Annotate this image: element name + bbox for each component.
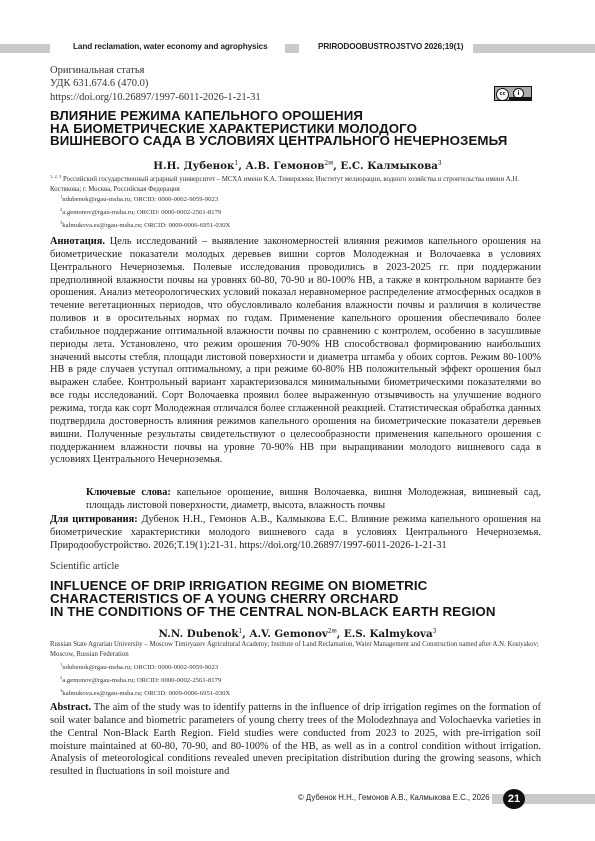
contacts-ru: 1ndubenok@rgau-msha.ru; ORCID: 0000-0002… (60, 192, 230, 232)
author-sup: 1 (238, 628, 242, 635)
contact-text: ndubenok@rgau-msha.ru; ORCID: 0000-0002-… (62, 196, 218, 203)
cc-by-icon[interactable]: cc i (494, 86, 532, 101)
doi-link[interactable]: https://doi.org/10.26897/1997-6011-2026-… (50, 91, 261, 104)
author-sup: 1 (234, 160, 238, 167)
contact-line[interactable]: 3kalmukova.es@rgau-msha.ru; ORCID: 0009-… (60, 686, 230, 699)
author-name: Н.Н. Дубенок (153, 160, 234, 172)
abstract-ru: Аннотация. Цель исследований – выявление… (50, 236, 541, 467)
article-type-en: Scientific article (50, 561, 119, 572)
citation-ru: Для цитирования: Дубенок Н.Н., Гемонов А… (50, 514, 541, 553)
header-bar-left (0, 44, 50, 53)
author-sup-envelope-icon: 2✉ (324, 160, 333, 167)
title-en-line: IN THE CONDITIONS OF THE CENTRAL NON-BLA… (50, 606, 496, 619)
keywords-label: Ключевые слова: (86, 487, 171, 498)
author-name: Е.С. Калмыкова (340, 160, 438, 172)
header-journal: PRIRODOOBUSTROJSTVO 2026;19(1) (318, 42, 463, 51)
contact-line[interactable]: 2a.gemonov@rgau-msha.ru; ORCID: 0000-000… (60, 205, 230, 218)
keywords-ru: Ключевые слова: капельное орошение, вишн… (86, 487, 541, 513)
authors-ru: Н.Н. Дубенок1, А.В. Гемонов2✉, Е.С. Калм… (0, 160, 595, 172)
abstract-label: Abstract. (50, 702, 91, 713)
contact-line[interactable]: 2a.gemonov@rgau-msha.ru; ORCID: 0000-000… (60, 673, 230, 686)
contacts-en: 1ndubenok@rgau-msha.ru; ORCID: 0000-0002… (60, 660, 230, 700)
contact-text: ndubenok@rgau-msha.ru; ORCID: 0000-0002-… (62, 664, 218, 671)
author-name: N.N. Dubenok (159, 628, 239, 640)
abstract-en: Abstract. The aim of the study was to id… (50, 702, 541, 779)
affiliation-text: Российский государственный аграрный унив… (50, 176, 519, 193)
header-bar-right (473, 44, 595, 53)
header-section-title: Land reclamation, water economy and agro… (73, 42, 268, 51)
title-ru: ВЛИЯНИЕ РЕЖИМА КАПЕЛЬНОГО ОРОШЕНИЯ НА БИ… (50, 110, 507, 148)
page-number-badge: 21 (503, 789, 525, 809)
page-footer: © Дубенок Н.Н., Гемонов А.В., Калмыкова … (0, 789, 595, 809)
contact-text: a.gemonov@rgau-msha.ru; ORCID: 0000-0002… (62, 209, 221, 216)
author-sup: 3 (438, 160, 442, 167)
author-sup: 3 (433, 628, 437, 635)
author-sup-envelope-icon: 2✉ (328, 628, 337, 635)
citation-label: Для цитирования: (50, 514, 138, 525)
udc-code: УДК 631.674.6 (470.0) (50, 77, 261, 90)
footer-copyright: © Дубенок Н.Н., Гемонов А.В., Калмыкова … (298, 793, 490, 802)
abstract-text: The aim of the study was to identify pat… (50, 702, 541, 777)
abstract-label: Аннотация. (50, 236, 105, 247)
contact-line[interactable]: 1ndubenok@rgau-msha.ru; ORCID: 0000-0002… (60, 660, 230, 673)
contact-text: a.gemonov@rgau-msha.ru; ORCID: 0000-0002… (62, 677, 221, 684)
contact-line[interactable]: 3kalmukova.es@rgau-msha.ru; ORCID: 0009-… (60, 218, 230, 231)
affiliation-en: Russian State Agrarian University – Mosc… (50, 640, 546, 660)
title-ru-line: ВИШНЕВОГО САДА В УСЛОВИЯХ ЦЕНТРАЛЬНОГО Н… (50, 135, 507, 148)
authors-en: N.N. Dubenok1, A.V. Gemonov2✉, E.S. Kalm… (0, 628, 595, 640)
abstract-text: Цель исследований – выявление закономерн… (50, 236, 541, 465)
author-name: А.В. Гемонов (245, 160, 324, 172)
header-bar-middle (285, 44, 299, 53)
article-meta: Оригинальная статья УДК 631.674.6 (470.0… (50, 64, 261, 104)
cc-circle-icon: cc (496, 88, 509, 101)
title-en: INFLUENCE OF DRIP IRRIGATION REGIME ON B… (50, 580, 496, 618)
author-name: E.S. Kalmykova (344, 628, 433, 640)
author-name: A.V. Gemonov (249, 628, 327, 640)
contact-text: kalmukova.es@rgau-msha.ru; ORCID: 0009-0… (62, 222, 230, 229)
cc-label-strip (509, 97, 531, 100)
contact-text: kalmukova.es@rgau-msha.ru; ORCID: 0009-0… (62, 690, 230, 697)
running-header: Land reclamation, water economy and agro… (0, 42, 595, 54)
affiliation-sup: 1, 2, 3 (50, 174, 61, 179)
contact-line[interactable]: 1ndubenok@rgau-msha.ru; ORCID: 0000-0002… (60, 192, 230, 205)
article-type-ru: Оригинальная статья (50, 64, 261, 77)
